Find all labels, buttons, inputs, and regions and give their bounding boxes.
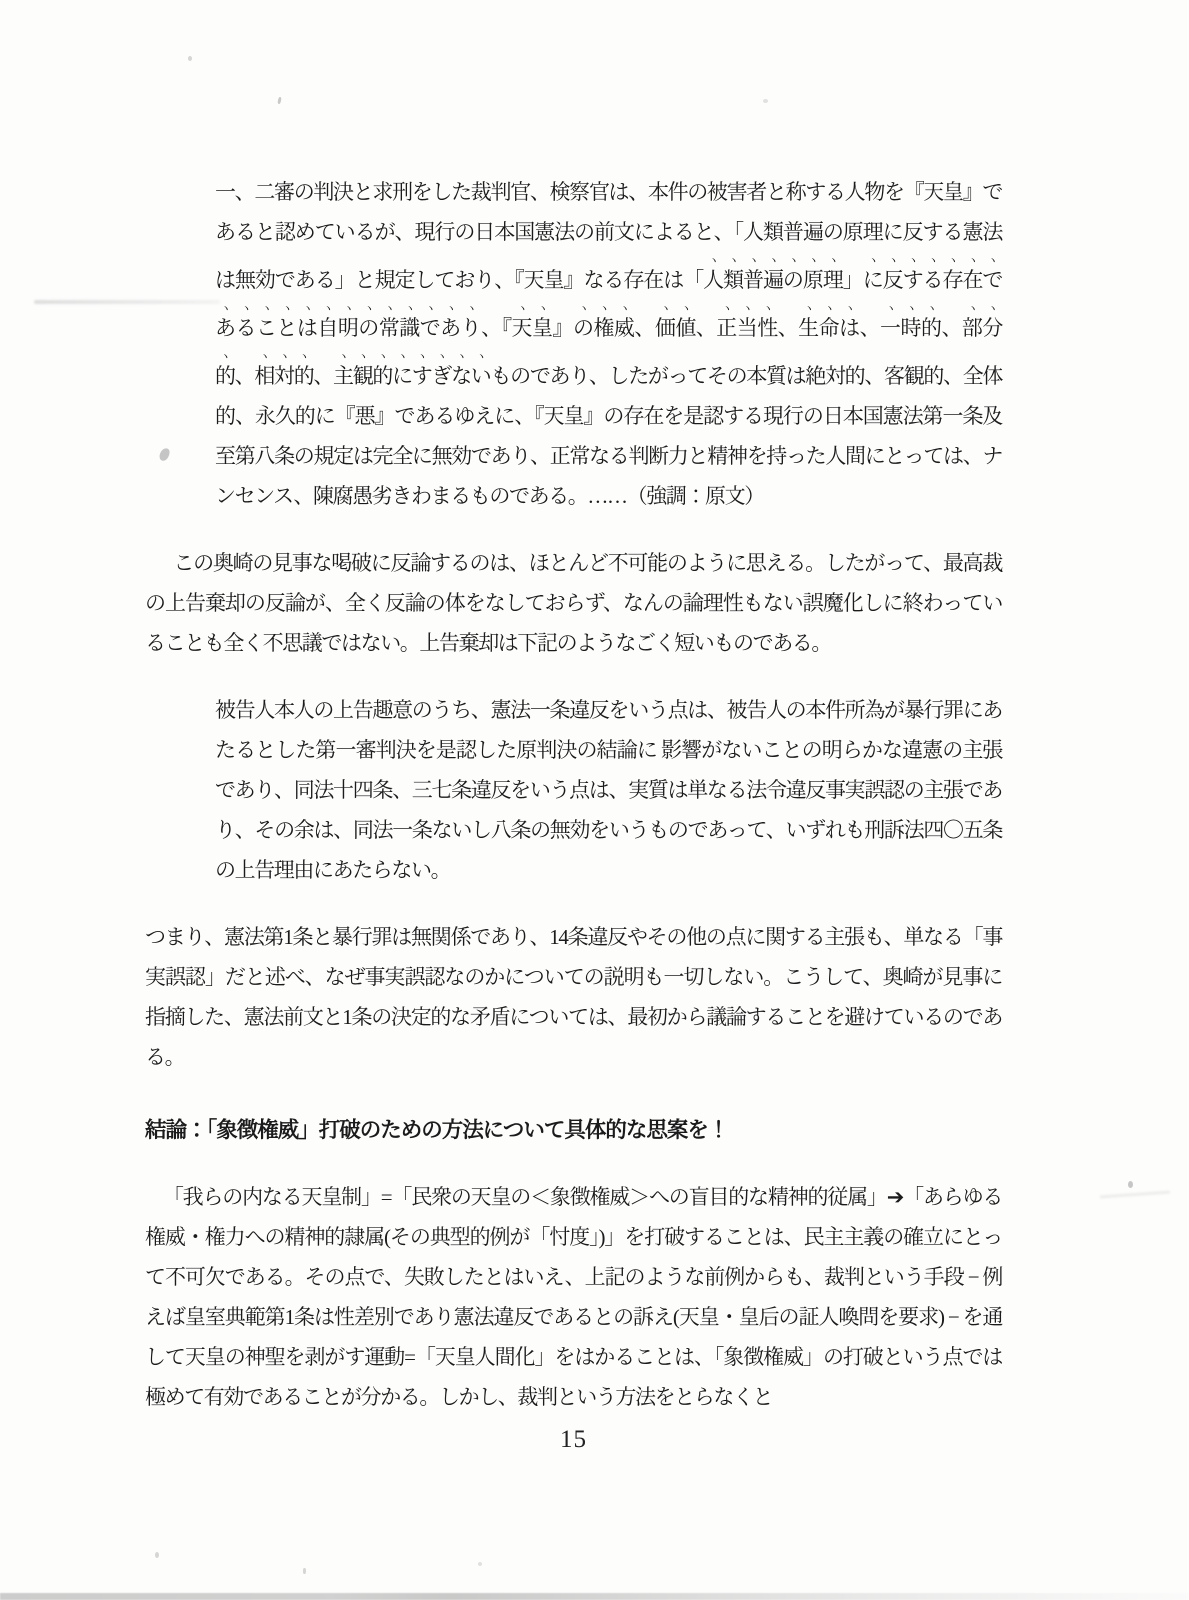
scanned-document-page: 一、二審の判決と求刑をした裁判官、検察官は、本件の被害者と称する人物を『天皇』で…: [0, 0, 1189, 1600]
scan-speck-right: [1128, 1181, 1133, 1188]
scan-bottom-edge-band: [0, 1593, 1189, 1600]
scan-speck-bottom-1: [155, 1552, 159, 1558]
document-body: 一、二審の判決と求刑をした裁判官、検察官は、本件の被害者と称する人物を『天皇』で…: [145, 172, 1002, 1444]
block-quote-okuzaki-appeal: 一、二審の判決と求刑をした裁判官、検察官は、本件の被害者と称する人物を『天皇』で…: [215, 172, 1002, 516]
scan-speck-bottom-3: [478, 1562, 482, 1566]
paragraph-commentary-1: この奥崎の見事な喝破に反論するのは、ほとんど不可能のように思える。したがって、最…: [145, 543, 1002, 663]
block-quote-supreme-court-dismissal: 被告人本人の上告趣意のうち、憲法一条違反をいう点は、被告人の本件所為が暴行罪にあ…: [215, 690, 1002, 890]
page-number: 15: [145, 1426, 1002, 1454]
scan-speck-bottom-2: [303, 1568, 306, 1574]
scan-speck-top-3: [763, 99, 768, 103]
conclusion-heading: 結論：「象徴権威」打破のための方法について具体的な思案を！: [145, 1110, 1002, 1150]
paragraph-conclusion: 「我らの内なる天皇制」=「民衆の天皇の＜象徴権威＞への盲目的な精神的従属」➔「あ…: [145, 1177, 1002, 1417]
scan-smudge-right: [1100, 1191, 1170, 1199]
scan-speck-top-2: [277, 97, 281, 104]
scan-speck-top-1: [188, 56, 192, 61]
paragraph-commentary-2: つまり、憲法第1条と暴行罪は無関係であり、14条違反やその他の点に関する主張も、…: [145, 917, 1002, 1077]
